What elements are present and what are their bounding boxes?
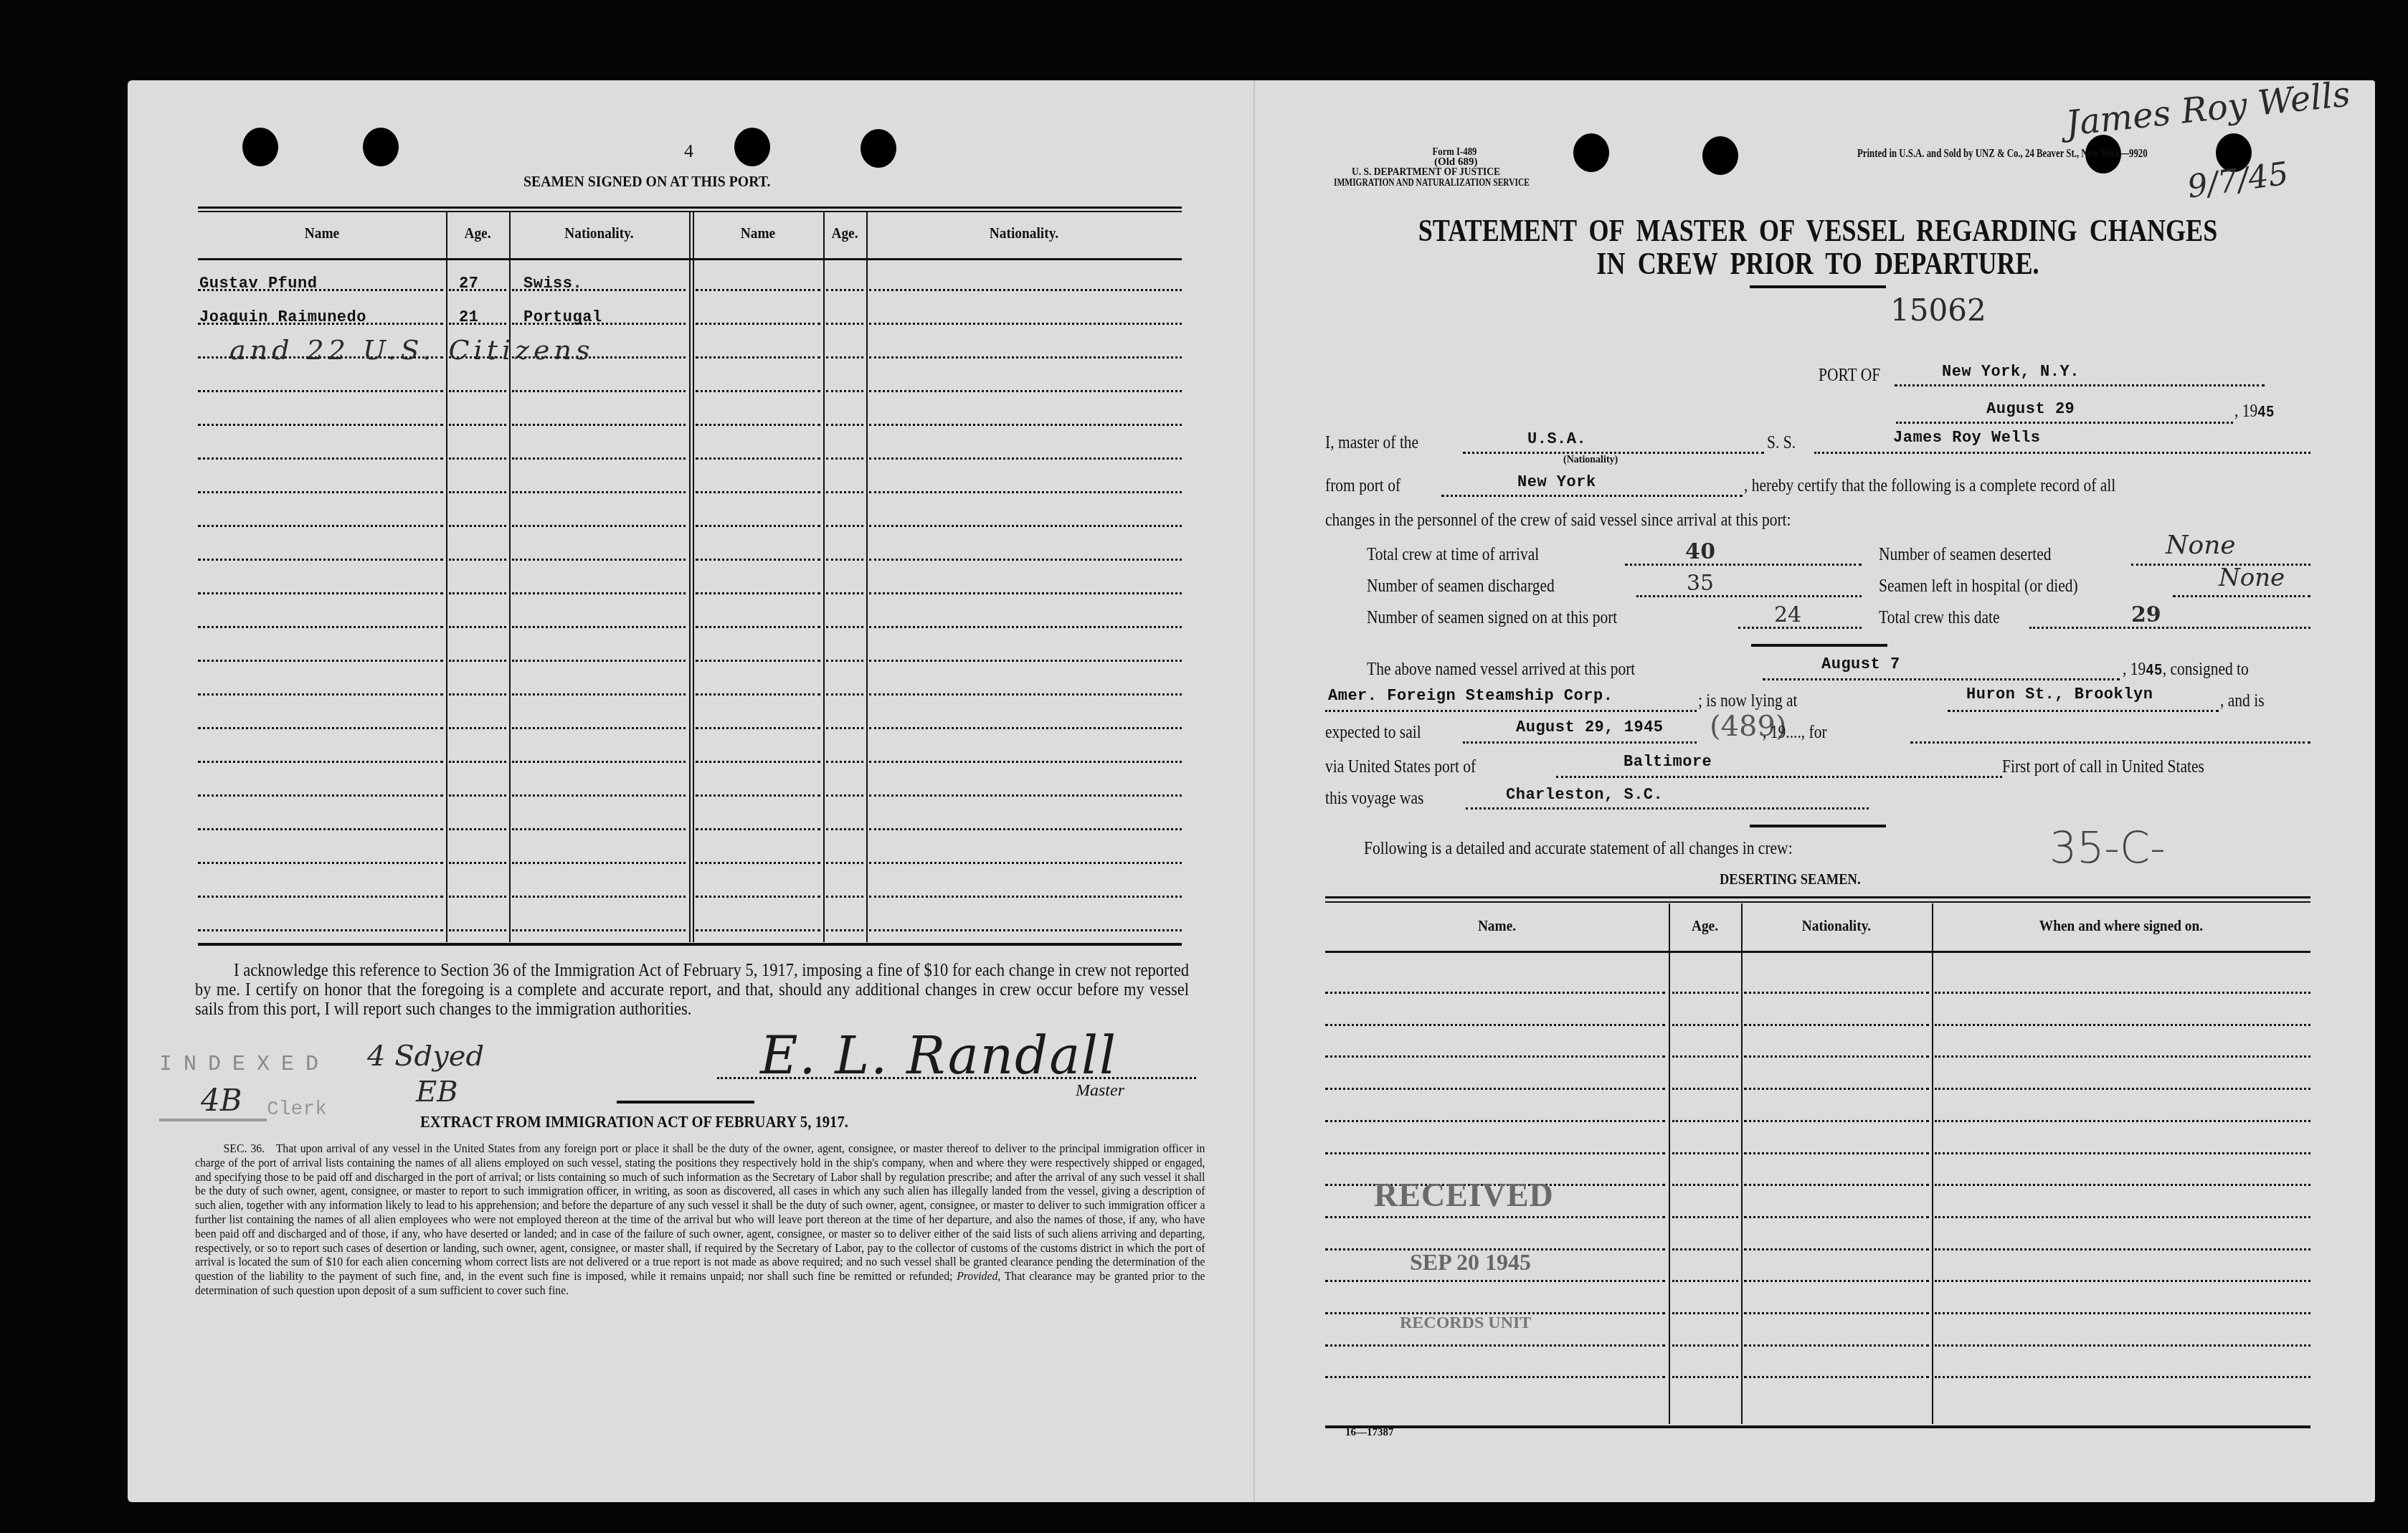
row-dotted-line bbox=[826, 896, 863, 898]
row-dotted-line bbox=[826, 660, 863, 662]
row-dotted-line bbox=[826, 828, 863, 830]
vessel-line bbox=[1814, 452, 2310, 454]
row-dotted-line bbox=[869, 525, 1182, 527]
row-dotted-line bbox=[449, 660, 506, 662]
row-dotted-line bbox=[512, 693, 686, 696]
row-dotted-line bbox=[696, 761, 820, 763]
row-dotted-line bbox=[198, 727, 443, 729]
row-dotted-line bbox=[826, 457, 863, 460]
deserted-value: None bbox=[2166, 531, 2236, 560]
row-dotted-line bbox=[449, 525, 506, 527]
row-dotted-line bbox=[449, 424, 506, 426]
row-dotted-line bbox=[826, 525, 863, 527]
row-dotted-line bbox=[198, 424, 443, 426]
row-dotted-line bbox=[1935, 1184, 2310, 1186]
row-dotted-line bbox=[198, 896, 443, 898]
row-dotted-line bbox=[198, 525, 443, 527]
row-dotted-line bbox=[869, 424, 1182, 426]
row-dotted-line bbox=[696, 794, 820, 797]
row-dotted-line bbox=[696, 356, 820, 359]
arrived-year: , 1945, consigned to bbox=[2123, 660, 2249, 680]
column-header-signed-on: When and where signed on. bbox=[1955, 916, 2288, 935]
row-dotted-line bbox=[512, 559, 686, 561]
row-dotted-line bbox=[696, 727, 820, 729]
row-dotted-line bbox=[449, 794, 506, 797]
row-dotted-line bbox=[696, 929, 820, 931]
via-line bbox=[1556, 776, 2002, 778]
row-dotted-line bbox=[449, 693, 506, 696]
stat-line bbox=[2173, 595, 2310, 597]
row-dotted-line bbox=[1935, 1248, 2310, 1250]
master-of-label: I, master of the bbox=[1325, 433, 1418, 453]
row-dotted-line bbox=[449, 828, 506, 830]
row-dotted-line bbox=[1325, 1024, 1665, 1026]
column-header-age: Age. bbox=[826, 224, 864, 242]
punch-hole bbox=[861, 129, 896, 168]
row-dotted-line bbox=[869, 929, 1182, 931]
consignee-value: Amer. Foreign Steamship Corp. bbox=[1328, 687, 1613, 705]
row-dotted-line bbox=[696, 559, 820, 561]
row-dotted-line bbox=[1672, 1216, 1738, 1218]
form-title-line2: IN CREW PRIOR TO DEPARTURE. bbox=[1414, 245, 2222, 282]
row-dotted-line bbox=[869, 457, 1182, 460]
row-dotted-line bbox=[826, 424, 863, 426]
row-dotted-line bbox=[1325, 1088, 1665, 1090]
table-top-rule bbox=[198, 207, 1182, 209]
row-dotted-line bbox=[869, 761, 1182, 763]
discharged-value: 35 bbox=[1687, 571, 1714, 596]
row-dotted-line bbox=[826, 390, 863, 392]
row-dotted-line bbox=[449, 761, 506, 763]
column-divider bbox=[866, 212, 868, 942]
row-dotted-line bbox=[1744, 1280, 1929, 1282]
extract-body: That upon arrival of any vessel in the U… bbox=[195, 1141, 1205, 1283]
row-dotted-line bbox=[696, 828, 820, 830]
row-dotted-line bbox=[512, 896, 686, 898]
following-text: Following is a detailed and accurate sta… bbox=[1364, 839, 1793, 859]
row-dotted-line bbox=[1744, 1088, 1929, 1090]
column-header-nationality: Nationality. bbox=[520, 224, 678, 242]
row-dotted-line bbox=[869, 559, 1182, 561]
row-dotted-line bbox=[512, 390, 686, 392]
row-dotted-line bbox=[1744, 1024, 1929, 1026]
row-dotted-line bbox=[1672, 1120, 1738, 1122]
year-prefix-text: 19 bbox=[2242, 402, 2258, 421]
column-header-name: Name. bbox=[1346, 916, 1649, 935]
row-dotted-line bbox=[1325, 1376, 1665, 1378]
row-dotted-line bbox=[1672, 1280, 1738, 1282]
hospital-value: None bbox=[2219, 564, 2285, 592]
row-dotted-line bbox=[1744, 1376, 1929, 1378]
column-header-age: Age. bbox=[450, 224, 505, 242]
deserting-title: DESERTING SEAMEN. bbox=[1720, 870, 1861, 888]
column-divider bbox=[1669, 903, 1670, 1424]
row-dotted-line bbox=[198, 592, 443, 594]
divider bbox=[1750, 285, 1886, 288]
lying-value: Huron St., Brooklyn bbox=[1966, 685, 2153, 703]
nationality-caption: (Nationality) bbox=[1563, 455, 1618, 466]
consigned-label: , consigned to bbox=[2163, 660, 2249, 679]
row-dotted-line bbox=[449, 559, 506, 561]
row-dotted-line bbox=[449, 896, 506, 898]
master-signature: E. L. Randall bbox=[760, 1025, 1117, 1086]
row-dotted-line bbox=[198, 794, 443, 797]
row-dotted-line bbox=[869, 727, 1182, 729]
row-dotted-line bbox=[869, 592, 1182, 594]
stat-line bbox=[1625, 564, 1862, 566]
row-dotted-line bbox=[449, 929, 506, 931]
row-dotted-line bbox=[198, 491, 443, 493]
handwritten-initials: EB bbox=[416, 1076, 458, 1109]
print-code: 16—17387 bbox=[1345, 1427, 1394, 1439]
seaman-nationality: Portugal bbox=[523, 308, 602, 326]
signed-on-value: 24 bbox=[1774, 602, 1801, 627]
handwritten-citizens-note: and 22 U.S. Citizens bbox=[229, 334, 594, 366]
column-divider bbox=[509, 212, 511, 942]
page-number: 4 bbox=[684, 141, 693, 162]
certify-text-2: changes in the personnel of the crew of … bbox=[1325, 511, 1791, 531]
row-dotted-line bbox=[1935, 1216, 2310, 1218]
column-divider bbox=[689, 212, 691, 942]
row-dotted-line bbox=[696, 289, 820, 291]
row-dotted-line bbox=[1325, 1344, 1665, 1347]
row-dotted-line bbox=[826, 626, 863, 628]
row-dotted-line bbox=[1325, 1280, 1665, 1282]
row-dotted-line bbox=[1672, 1152, 1738, 1154]
row-dotted-line bbox=[1672, 1376, 1738, 1378]
row-dotted-line bbox=[512, 929, 686, 931]
punch-hole bbox=[1573, 133, 1609, 172]
punch-hole bbox=[734, 128, 770, 166]
row-dotted-line bbox=[198, 929, 443, 931]
row-dotted-line bbox=[1325, 1152, 1665, 1154]
row-dotted-line bbox=[512, 525, 686, 527]
expected-label: expected to sail bbox=[1325, 723, 1421, 743]
punch-hole bbox=[1702, 136, 1738, 175]
table-bottom-rule bbox=[198, 943, 1182, 946]
date-value: August 29 bbox=[1986, 400, 2075, 418]
row-dotted-line bbox=[826, 761, 863, 763]
column-header-nationality: Nationality. bbox=[885, 224, 1162, 242]
row-dotted-line bbox=[869, 289, 1182, 291]
certify-text: , hereby certify that the following is a… bbox=[1744, 476, 2115, 496]
column-divider bbox=[1741, 903, 1743, 1424]
column-divider bbox=[446, 212, 447, 942]
port-value: New York, N.Y. bbox=[1942, 363, 2080, 381]
voyage-value: Charleston, S.C. bbox=[1506, 786, 1663, 804]
row-dotted-line bbox=[826, 592, 863, 594]
row-dotted-line bbox=[449, 457, 506, 460]
records-unit-stamp: RECORDS UNIT bbox=[1400, 1314, 1531, 1333]
arrived-line bbox=[1763, 678, 2120, 680]
column-divider bbox=[693, 212, 694, 942]
row-dotted-line bbox=[198, 559, 443, 561]
row-dotted-line bbox=[198, 660, 443, 662]
extract-provided: Provided, bbox=[957, 1268, 1000, 1283]
expected-line bbox=[1463, 741, 1697, 744]
total-crew-date-value: 29 bbox=[2131, 602, 2161, 627]
column-header-name: Name bbox=[701, 224, 815, 242]
service: IMMIGRATION AND NATURALIZATION SERVICE bbox=[1334, 178, 1530, 189]
row-dotted-line bbox=[826, 323, 863, 325]
row-dotted-line bbox=[869, 491, 1182, 493]
vessel-value: James Roy Wells bbox=[1893, 429, 2041, 447]
row-dotted-line bbox=[198, 828, 443, 830]
via-label: via United States port of bbox=[1325, 757, 1476, 777]
seaman-name: Gustav Pfund bbox=[199, 275, 317, 293]
row-dotted-line bbox=[512, 660, 686, 662]
row-dotted-line bbox=[1744, 1120, 1929, 1122]
row-dotted-line bbox=[696, 660, 820, 662]
row-dotted-line bbox=[1672, 1024, 1738, 1026]
expected-value: August 29, 1945 bbox=[1516, 718, 1664, 736]
column-divider bbox=[823, 212, 825, 942]
row-dotted-line bbox=[869, 828, 1182, 830]
row-dotted-line bbox=[826, 862, 863, 864]
row-dotted-line bbox=[198, 862, 443, 864]
column-header-name: Name bbox=[213, 224, 431, 242]
row-dotted-line bbox=[1935, 1152, 2310, 1154]
row-dotted-line bbox=[198, 761, 443, 763]
column-divider bbox=[1932, 903, 1933, 1424]
row-dotted-line bbox=[1672, 1312, 1738, 1314]
row-dotted-line bbox=[1935, 1120, 2310, 1122]
row-dotted-line bbox=[512, 794, 686, 797]
from-port-value: New York bbox=[1517, 473, 1596, 491]
row-dotted-line bbox=[1935, 1280, 2310, 1282]
handwritten-number: 15062 bbox=[1890, 293, 1986, 328]
total-crew-arrival-label: Total crew at time of arrival bbox=[1367, 545, 1539, 565]
total-crew-arrival-value: 40 bbox=[1685, 539, 1716, 564]
row-dotted-line bbox=[198, 693, 443, 696]
row-dotted-line bbox=[869, 390, 1182, 392]
lying-label: ; is now lying at bbox=[1698, 691, 1798, 711]
acknowledgement-text: I acknowledge this reference to Section … bbox=[195, 961, 1189, 1019]
row-dotted-line bbox=[512, 424, 686, 426]
row-dotted-line bbox=[696, 390, 820, 392]
row-dotted-line bbox=[449, 390, 506, 392]
signature-label: Master bbox=[1076, 1081, 1124, 1101]
department: U. S. DEPARTMENT OF JUSTICE bbox=[1352, 166, 1500, 179]
row-dotted-line bbox=[696, 862, 820, 864]
nationality-line bbox=[1463, 452, 1764, 454]
row-dotted-line bbox=[826, 929, 863, 931]
port-label: PORT OF bbox=[1819, 366, 1880, 386]
hospital-label: Seamen left in hospital (or died) bbox=[1879, 576, 2078, 597]
row-dotted-line bbox=[826, 693, 863, 696]
indexed-stamp: INDEXED bbox=[159, 1053, 330, 1077]
row-dotted-line bbox=[696, 424, 820, 426]
arrived-value: August 7 bbox=[1821, 655, 1900, 673]
lying-line bbox=[1948, 710, 2219, 712]
row-dotted-line bbox=[869, 693, 1182, 696]
clerk-label: Clerk bbox=[267, 1098, 327, 1121]
seaman-age: 27 bbox=[459, 275, 478, 293]
row-dotted-line bbox=[512, 828, 686, 830]
row-dotted-line bbox=[1325, 992, 1665, 994]
year-blank-for: , 19...., for bbox=[1763, 723, 1827, 743]
punch-hole bbox=[242, 128, 278, 166]
from-port-label: from port of bbox=[1325, 476, 1400, 496]
for-line bbox=[1910, 741, 2310, 744]
column-header-nationality: Nationality. bbox=[1753, 916, 1920, 935]
handwritten-code: 35-C- bbox=[2049, 823, 2166, 873]
row-dotted-line bbox=[1672, 1088, 1738, 1090]
row-dotted-line bbox=[1744, 1055, 1929, 1058]
row-dotted-line bbox=[869, 862, 1182, 864]
row-dotted-line bbox=[198, 457, 443, 460]
printer-line: Printed in U.S.A. and Sold by UNZ & Co.,… bbox=[1857, 148, 2148, 161]
total-crew-date-label: Total crew this date bbox=[1879, 608, 2000, 628]
row-dotted-line bbox=[826, 794, 863, 797]
deserted-label: Number of seamen deserted bbox=[1879, 545, 2052, 565]
seaman-name: Joaquin Raimunedo bbox=[199, 308, 366, 326]
table-bottom-rule bbox=[1325, 1425, 2310, 1428]
form-title-line1: STATEMENT OF MASTER OF VESSEL REGARDING … bbox=[1414, 212, 2222, 249]
seaman-nationality: Swiss. bbox=[523, 275, 582, 293]
row-dotted-line bbox=[826, 289, 863, 291]
row-dotted-line bbox=[449, 626, 506, 628]
year-value: 45 bbox=[2257, 404, 2275, 422]
row-dotted-line bbox=[1744, 992, 1929, 994]
received-date-stamp: SEP 20 1945 bbox=[1410, 1249, 1531, 1276]
row-dotted-line bbox=[1744, 1216, 1929, 1218]
row-dotted-line bbox=[826, 491, 863, 493]
extract-section: SEC. 36. bbox=[224, 1141, 265, 1155]
row-dotted-line bbox=[696, 896, 820, 898]
row-dotted-line bbox=[1744, 1184, 1929, 1186]
consignee-line bbox=[1325, 710, 1697, 712]
seaman-age: 21 bbox=[459, 308, 478, 326]
row-dotted-line bbox=[1672, 1248, 1738, 1250]
row-dotted-line bbox=[696, 457, 820, 460]
row-dotted-line bbox=[512, 457, 686, 460]
stat-line bbox=[2029, 627, 2310, 629]
signed-on-label: Number of seamen signed on at this port bbox=[1367, 608, 1617, 628]
row-dotted-line bbox=[512, 592, 686, 594]
table-top-rule bbox=[1325, 896, 2310, 898]
row-dotted-line bbox=[449, 727, 506, 729]
row-dotted-line bbox=[449, 491, 506, 493]
row-dotted-line bbox=[1672, 1184, 1738, 1186]
and-is-label: , and is bbox=[2220, 691, 2265, 711]
discharged-label: Number of seamen discharged bbox=[1367, 576, 1555, 597]
row-dotted-line bbox=[826, 559, 863, 561]
row-dotted-line bbox=[1325, 1216, 1665, 1218]
row-dotted-line bbox=[696, 323, 820, 325]
row-dotted-line bbox=[1935, 1312, 2310, 1314]
extract-text: SEC. 36. That upon arrival of any vessel… bbox=[195, 1142, 1205, 1298]
via-value: Baltimore bbox=[1623, 753, 1712, 771]
row-dotted-line bbox=[198, 390, 443, 392]
divider bbox=[1750, 825, 1886, 827]
row-dotted-line bbox=[696, 626, 820, 628]
received-stamp: RECEIVED bbox=[1374, 1176, 1554, 1214]
divider bbox=[617, 1101, 754, 1104]
row-dotted-line bbox=[826, 727, 863, 729]
table-header-rule bbox=[1325, 951, 2310, 953]
arrived-label: The above named vessel arrived at this p… bbox=[1367, 660, 1635, 680]
year-prefix: , 1945 bbox=[2234, 402, 2275, 422]
row-dotted-line bbox=[1744, 1344, 1929, 1347]
punch-hole bbox=[363, 128, 399, 166]
row-dotted-line bbox=[869, 660, 1182, 662]
date-line bbox=[1896, 422, 2233, 424]
row-dotted-line bbox=[696, 491, 820, 493]
port-line bbox=[1895, 384, 2265, 386]
row-dotted-line bbox=[869, 794, 1182, 797]
voyage-line bbox=[1466, 807, 1869, 810]
row-dotted-line bbox=[1935, 992, 2310, 994]
row-dotted-line bbox=[512, 727, 686, 729]
clerk-line bbox=[159, 1119, 267, 1121]
row-dotted-line bbox=[1935, 1376, 2310, 1378]
clerk-initials: 4B bbox=[201, 1083, 242, 1118]
row-dotted-line bbox=[1672, 1055, 1738, 1058]
row-dotted-line bbox=[449, 862, 506, 864]
row-dotted-line bbox=[869, 626, 1182, 628]
row-dotted-line bbox=[869, 323, 1182, 325]
column-header-age: Age. bbox=[1673, 916, 1737, 935]
from-port-line bbox=[1441, 495, 1743, 497]
first-port-label: First port of call in United States bbox=[2002, 757, 2204, 777]
divider bbox=[1751, 644, 1887, 647]
handwritten-side-note: 4 Sdyed bbox=[367, 1040, 484, 1073]
row-dotted-line bbox=[826, 356, 863, 359]
row-dotted-line bbox=[512, 761, 686, 763]
row-dotted-line bbox=[869, 356, 1182, 359]
row-dotted-line bbox=[1744, 1152, 1929, 1154]
row-dotted-line bbox=[1672, 992, 1738, 994]
row-dotted-line bbox=[1935, 1344, 2310, 1347]
row-dotted-line bbox=[198, 626, 443, 628]
row-dotted-line bbox=[1935, 1055, 2310, 1058]
extract-title: EXTRACT FROM IMMIGRATION ACT OF FEBRUARY… bbox=[420, 1113, 848, 1132]
row-dotted-line bbox=[1325, 1120, 1665, 1122]
row-dotted-line bbox=[1325, 1055, 1665, 1058]
row-dotted-line bbox=[1935, 1024, 2310, 1026]
row-dotted-line bbox=[1744, 1248, 1929, 1250]
row-dotted-line bbox=[512, 626, 686, 628]
voyage-label: this voyage was bbox=[1325, 789, 1423, 809]
row-dotted-line bbox=[449, 592, 506, 594]
section-title: SEAMEN SIGNED ON AT THIS PORT. bbox=[523, 172, 770, 191]
row-dotted-line bbox=[1672, 1344, 1738, 1347]
row-dotted-line bbox=[869, 896, 1182, 898]
row-dotted-line bbox=[512, 862, 686, 864]
stat-line bbox=[1636, 595, 1862, 597]
arrived-year-value: 45 bbox=[2146, 662, 2163, 680]
table-top-rule bbox=[1325, 901, 2310, 903]
row-dotted-line bbox=[512, 491, 686, 493]
row-dotted-line bbox=[1744, 1312, 1929, 1314]
nationality-value: U.S.A. bbox=[1527, 430, 1586, 448]
ss-label: S. S. bbox=[1767, 433, 1796, 453]
row-dotted-line bbox=[696, 525, 820, 527]
row-dotted-line bbox=[696, 592, 820, 594]
row-dotted-line bbox=[696, 693, 820, 696]
row-dotted-line bbox=[1935, 1088, 2310, 1090]
